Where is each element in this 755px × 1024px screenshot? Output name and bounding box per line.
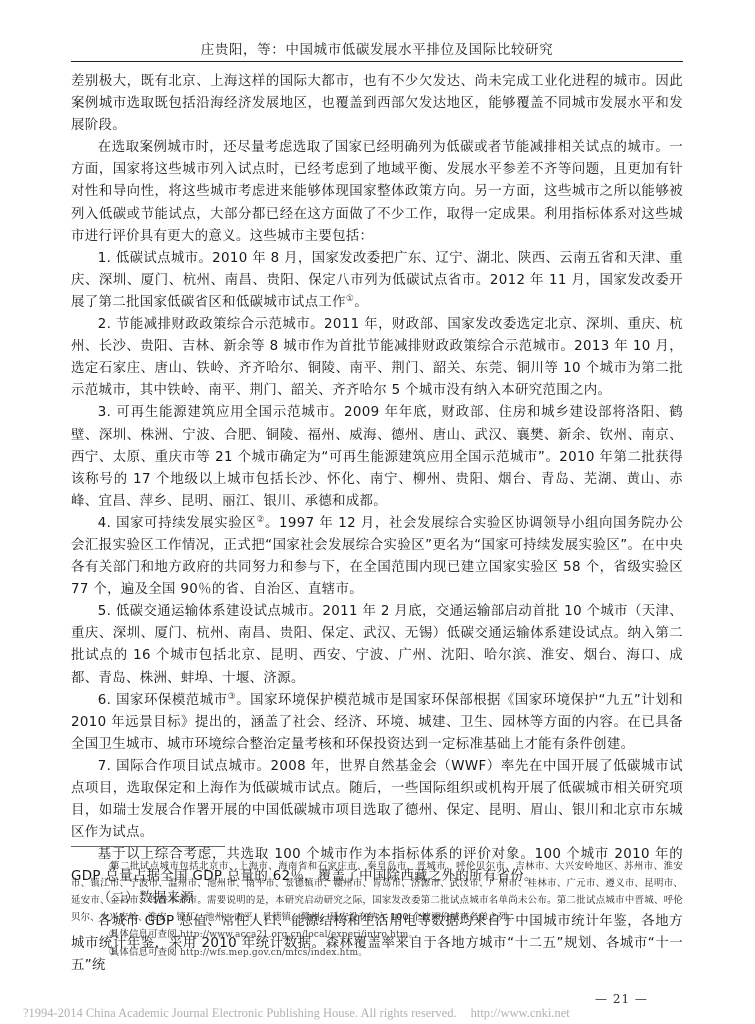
copyright-footer: ?1994-2014 China Academic Journal Electr… bbox=[23, 1006, 570, 1021]
list-item-env-model-city: 6. 国家环保模范城市③。国家环境保护模范城市是国家环保部根据《国家环境保护“九… bbox=[71, 690, 683, 756]
footnote-ref-1[interactable]: ① bbox=[346, 294, 354, 304]
item-punct: 。 bbox=[354, 295, 368, 310]
item-text: 4. 国家可持续发展实验区 bbox=[98, 516, 257, 531]
cnki-link[interactable]: http://www.cnki.net bbox=[471, 1006, 570, 1020]
copyright-text: ?1994-2014 China Academic Journal Electr… bbox=[23, 1006, 457, 1020]
footnote-link[interactable]: http://wfs.mep.gov.cn/mfcs/index.htm。 bbox=[180, 948, 367, 958]
article-body: 差别极大，既有北京、上海这样的国际大都市，也有不少欠发达、尚未完成工业化进程的城… bbox=[71, 71, 683, 977]
list-item-low-carbon-pilot: 1. 低碳试点城市。2010 年 8 月，国家发改委把广东、辽宁、湖北、陕西、云… bbox=[71, 248, 683, 314]
footnote-2: ②具体信息可查阅 http://www.acca21.org.cn/local/… bbox=[71, 926, 683, 944]
paragraph-case-selection: 在选取案例城市时，还尽量考虑选取了国家已经明确列为低碳或者节能减排相关试点的城市… bbox=[71, 137, 683, 247]
footnote-1: ①第二批试点城市包括北京市、上海市、海南省和石家庄市、秦皇岛市、晋城市、呼伦贝尔… bbox=[71, 858, 683, 926]
list-item-energy-saving-demo: 2. 节能减排财政政策综合示范城市。2011 年，财政部、国家发改委选定北京、深… bbox=[71, 314, 683, 402]
footnote-ref-3[interactable]: ③ bbox=[228, 692, 237, 702]
footnote-mark: ② bbox=[90, 926, 110, 943]
footnote-mark: ③ bbox=[90, 944, 110, 961]
list-item-international-coop: 7. 国际合作项目试点城市。2008 年，世界自然基金会（WWF）率先在中国开展… bbox=[71, 756, 683, 844]
footnote-text: 具体信息可查阅 bbox=[110, 947, 177, 958]
footnote-3: ③具体信息可查阅 http://wfs.mep.gov.cn/mfcs/inde… bbox=[71, 944, 683, 962]
header-rule bbox=[71, 61, 683, 62]
list-item-low-carbon-transport: 5. 低碳交通运输体系建设试点城市。2011 年 2 月底，交通运输部启动首批 … bbox=[71, 601, 683, 689]
item-text: 1. 低碳试点城市。2010 年 8 月，国家发改委把广东、辽宁、湖北、陕西、云… bbox=[71, 251, 683, 310]
list-item-sustainable-zone: 4. 国家可持续发展实验区②。1997 年 12 月，社会发展综合实验区协调领导… bbox=[71, 513, 683, 601]
footnote-link[interactable]: http://www.acca21.org.cn/local/experi/in… bbox=[180, 930, 418, 940]
footnote-mark: ① bbox=[90, 858, 110, 875]
paragraph-continued: 差别极大，既有北京、上海这样的国际大都市，也有不少欠发达、尚未完成工业化进程的城… bbox=[71, 71, 683, 137]
running-head: 庄贵阳，等：中国城市低碳发展水平排位及国际比较研究 bbox=[71, 38, 683, 58]
item-text: 6. 国家环保模范城市 bbox=[98, 693, 228, 708]
footnote-text: 第二批试点城市包括北京市、上海市、海南省和石家庄市、秦皇岛市、晋城市、呼伦贝尔市… bbox=[71, 861, 683, 923]
footnote-ref-2[interactable]: ② bbox=[256, 515, 265, 525]
footnotes: ①第二批试点城市包括北京市、上海市、海南省和石家庄市、秦皇岛市、晋城市、呼伦贝尔… bbox=[71, 858, 683, 962]
page-number: — 21 — bbox=[595, 992, 648, 1006]
footnote-rule bbox=[71, 846, 225, 847]
footnote-text: 具体信息可查阅 bbox=[110, 929, 177, 940]
list-item-renewable-building: 3. 可再生能源建筑应用全国示范城市。2009 年年底，财政部、住房和城乡建设部… bbox=[71, 402, 683, 512]
